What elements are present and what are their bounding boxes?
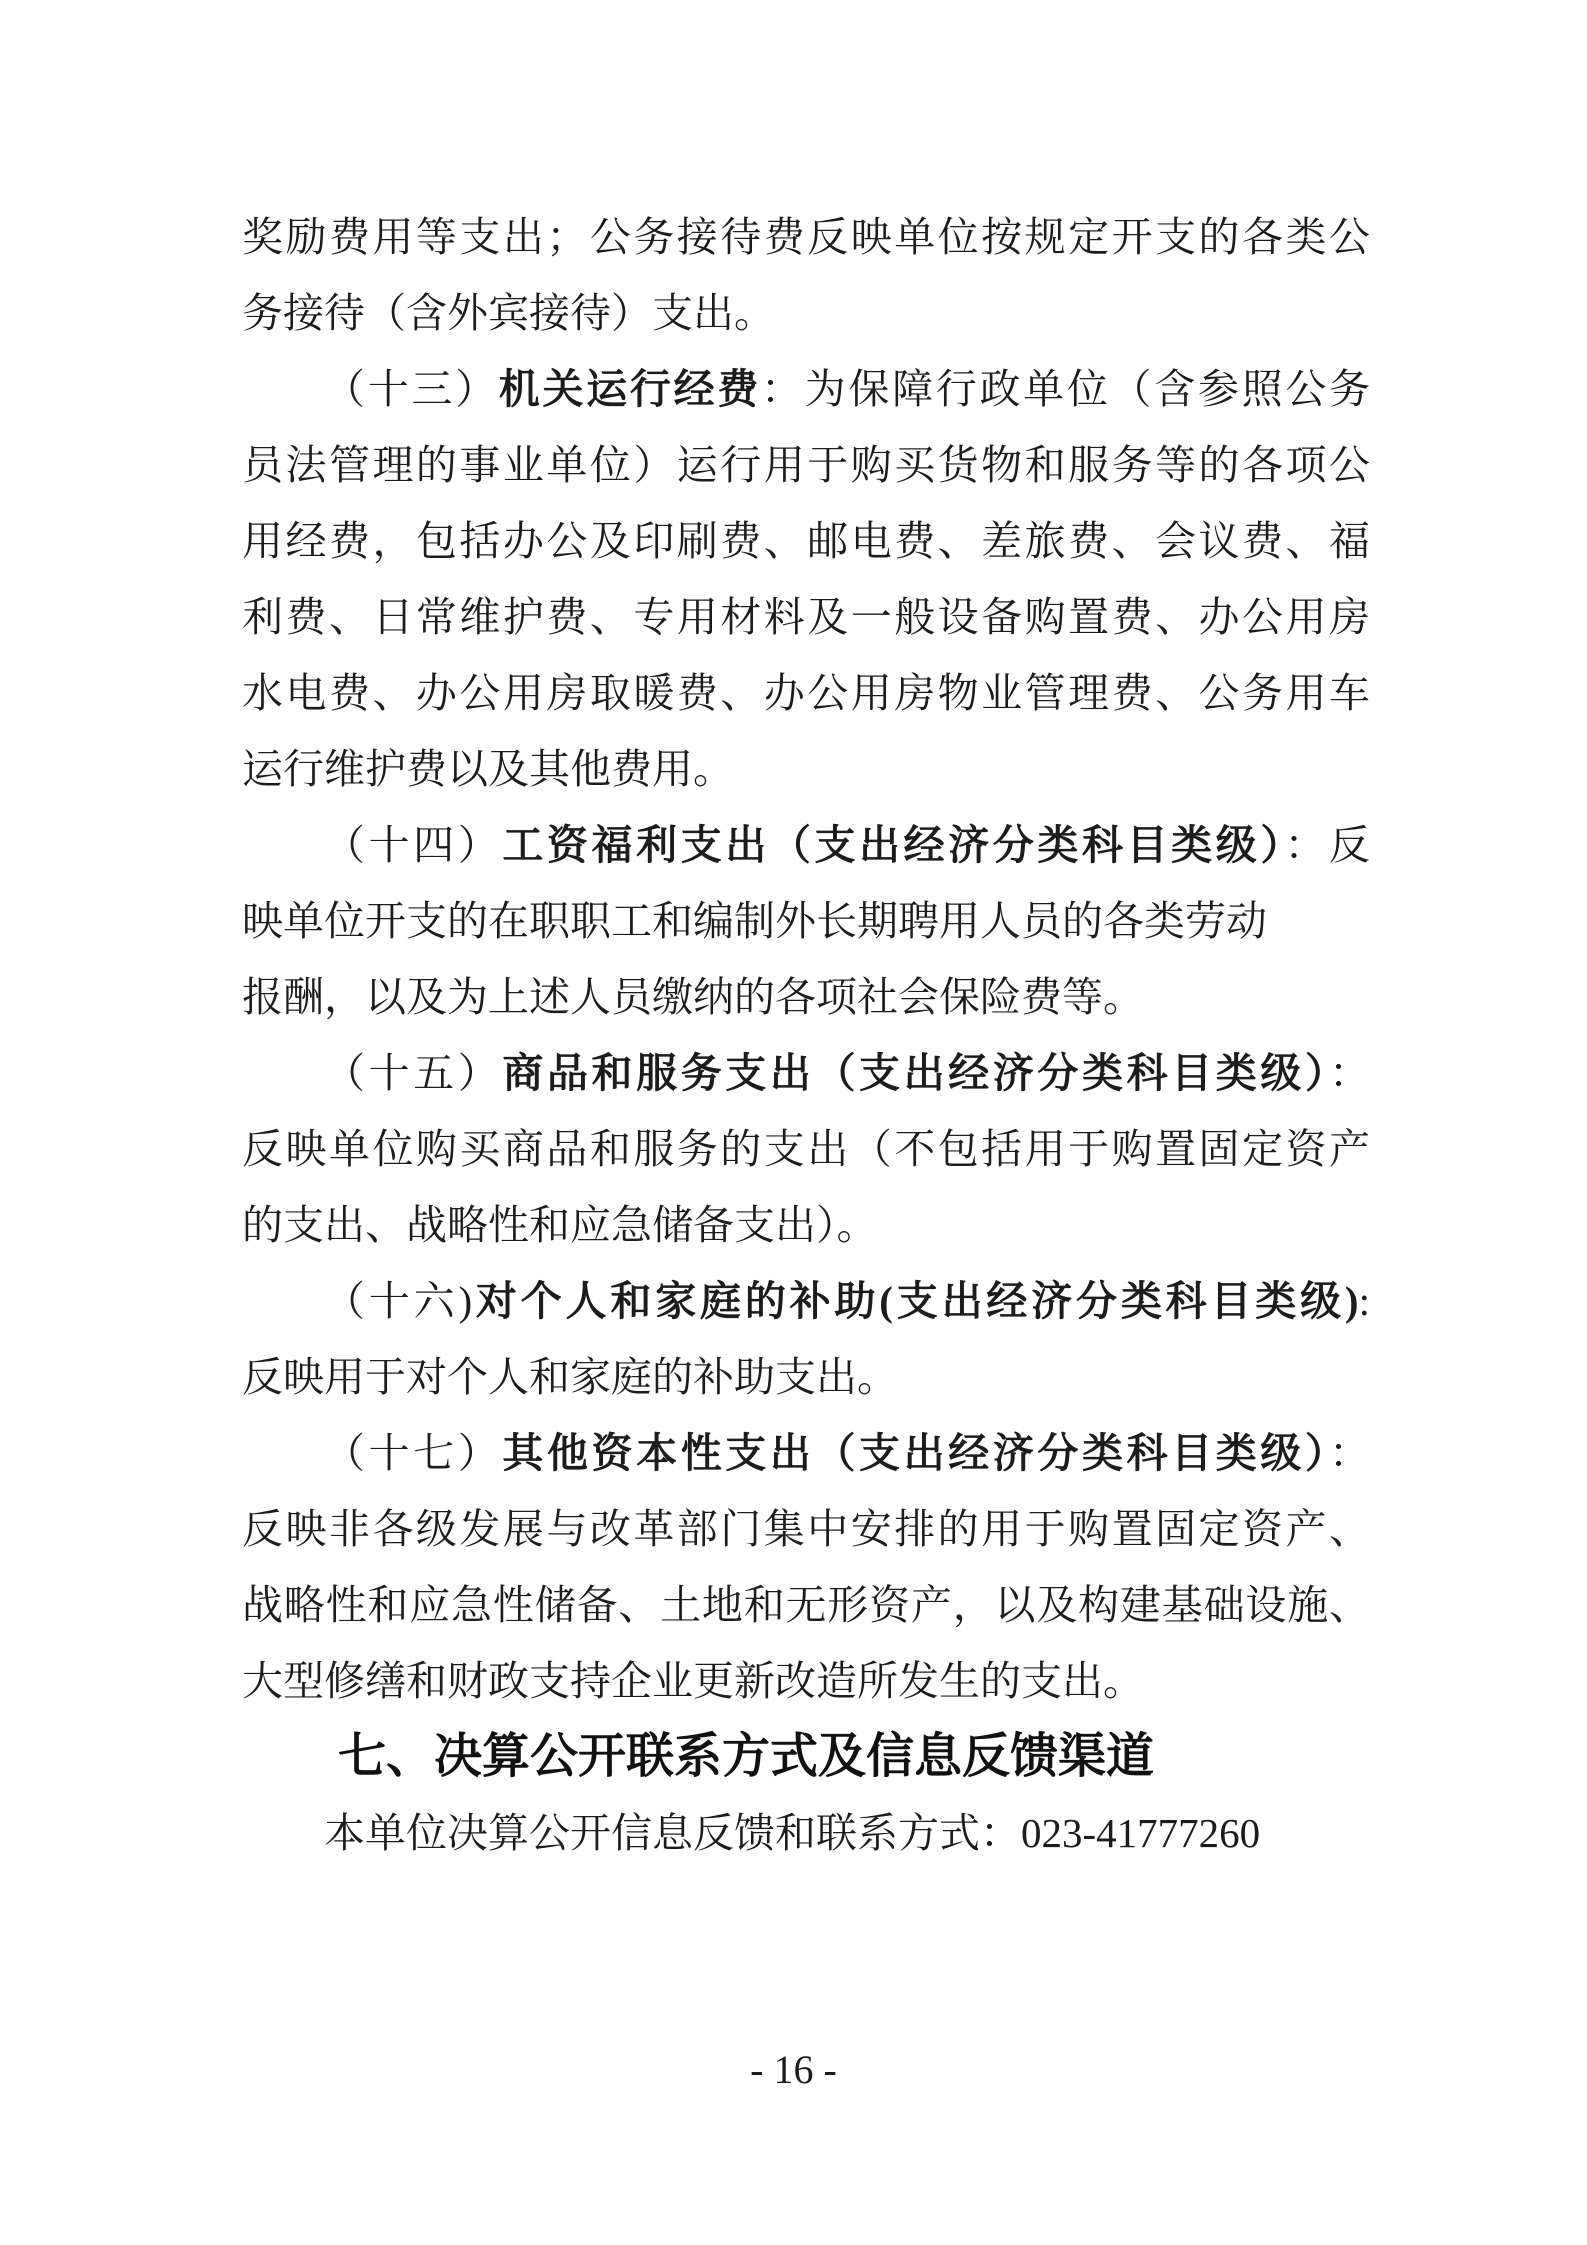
text-segment: 其他资本性支出（支出经济分类科目类级） <box>502 1430 1329 1476</box>
section-heading: 七、决算公开联系方式及信息反馈渠道 <box>242 1719 1370 1795</box>
paragraph-line: 奖励费用等支出；公务接待费反映单位按规定开支的各类公 <box>242 199 1370 275</box>
text-segment: 大型修缮和财政支持企业更新改造所发生的支出。 <box>242 1658 1144 1704</box>
text-segment: 的支出、战略性和应急储备支出）。 <box>242 1202 878 1248</box>
text-segment: 水电费、办公用房取暖费、办公用房物业管理费、公务用车 <box>242 670 1370 716</box>
text-segment: （十七） <box>324 1430 502 1476</box>
text-segment: 反映非各级发展与改革部门集中安排的用于购置固定资产、 <box>242 1506 1370 1552</box>
text-segment: 运行维护费以及其他费用。 <box>242 746 734 792</box>
text-segment: 七、决算公开联系方式及信息反馈渠道 <box>338 1730 1154 1783</box>
text-segment: （十五） <box>324 1050 502 1096</box>
paragraph-line: 反映单位购买商品和服务的支出（不包括用于购置固定资产 <box>242 1111 1370 1187</box>
text-segment: 本单位决算公开信息反馈和联系方式：023-41777260 <box>324 1810 1260 1856</box>
text-segment: 反映用于对个人和家庭的补助支出。 <box>242 1354 898 1400</box>
document-body: 奖励费用等支出；公务接待费反映单位按规定开支的各类公务接待（含外宾接待）支出。（… <box>242 199 1370 1871</box>
paragraph-line: （十六)对个人和家庭的补助(支出经济分类科目类级): <box>242 1263 1370 1339</box>
text-segment: （十三） <box>324 366 499 412</box>
text-segment: （十四） <box>324 822 502 868</box>
paragraph-line: 运行维护费以及其他费用。 <box>242 731 1370 807</box>
paragraph-line: 反映非各级发展与改革部门集中安排的用于购置固定资产、 <box>242 1491 1370 1567</box>
paragraph-line: 员法管理的事业单位）运行用于购买货物和服务等的各项公 <box>242 427 1370 503</box>
text-segment: ：为保障行政单位（含参照公务 <box>761 366 1370 412</box>
text-segment: 反映单位购买商品和服务的支出（不包括用于购置固定资产 <box>242 1126 1370 1172</box>
paragraph-line: 水电费、办公用房取暖费、办公用房物业管理费、公务用车 <box>242 655 1370 731</box>
paragraph-line: （十七）其他资本性支出（支出经济分类科目类级）： <box>242 1415 1370 1491</box>
text-segment: ：反 <box>1284 822 1370 868</box>
text-segment: 战略性和应急性储备、土地和无形资产，以及构建基础设施、 <box>242 1582 1370 1628</box>
text-segment: 利费、日常维护费、专用材料及一般设备购置费、办公用房 <box>242 594 1370 640</box>
paragraph-line: 反映用于对个人和家庭的补助支出。 <box>242 1339 1370 1415</box>
text-segment: 用经费，包括办公及印刷费、邮电费、差旅费、会议费、福 <box>242 518 1370 564</box>
text-segment: 对个人和家庭的补助(支出经济分类科目类级) <box>472 1278 1358 1324</box>
paragraph-line: 利费、日常维护费、专用材料及一般设备购置费、办公用房 <box>242 579 1370 655</box>
text-segment: （十六) <box>324 1278 472 1324</box>
text-segment: 机关运行经费 <box>499 366 761 412</box>
text-segment: 映单位开支的在职职工和编制外长期聘用人员的各类劳动 <box>242 898 1267 944</box>
paragraph-line: （十五）商品和服务支出（支出经济分类科目类级）： <box>242 1035 1370 1111</box>
paragraph-line: 报酬，以及为上述人员缴纳的各项社会保险费等。 <box>242 959 1370 1035</box>
text-segment: 奖励费用等支出；公务接待费反映单位按规定开支的各类公 <box>242 214 1370 260</box>
text-segment: : <box>1359 1278 1370 1324</box>
text-segment: ： <box>1329 1050 1370 1096</box>
text-segment: 员法管理的事业单位）运行用于购买货物和服务等的各项公 <box>242 442 1370 488</box>
text-segment: ： <box>1329 1430 1370 1476</box>
paragraph-line: （十四）工资福利支出（支出经济分类科目类级）：反 <box>242 807 1370 883</box>
text-segment: 工资福利支出（支出经济分类科目类级） <box>502 822 1284 868</box>
paragraph-line: 用经费，包括办公及印刷费、邮电费、差旅费、会议费、福 <box>242 503 1370 579</box>
paragraph-line: 战略性和应急性储备、土地和无形资产，以及构建基础设施、 <box>242 1567 1370 1643</box>
page-number: - 16 - <box>0 2040 1587 2100</box>
paragraph-line: 本单位决算公开信息反馈和联系方式：023-41777260 <box>242 1795 1370 1871</box>
paragraph-line: （十三）机关运行经费：为保障行政单位（含参照公务 <box>242 351 1370 427</box>
document-page: 奖励费用等支出；公务接待费反映单位按规定开支的各类公务接待（含外宾接待）支出。（… <box>0 0 1587 2245</box>
paragraph-line: 映单位开支的在职职工和编制外长期聘用人员的各类劳动 <box>242 883 1370 959</box>
text-segment: 务接待（含外宾接待）支出。 <box>242 290 775 336</box>
paragraph-line: 的支出、战略性和应急储备支出）。 <box>242 1187 1370 1263</box>
text-segment: 报酬，以及为上述人员缴纳的各项社会保险费等。 <box>242 974 1144 1020</box>
text-segment: 商品和服务支出（支出经济分类科目类级） <box>502 1050 1329 1096</box>
paragraph-line: 务接待（含外宾接待）支出。 <box>242 275 1370 351</box>
paragraph-line: 大型修缮和财政支持企业更新改造所发生的支出。 <box>242 1643 1370 1719</box>
